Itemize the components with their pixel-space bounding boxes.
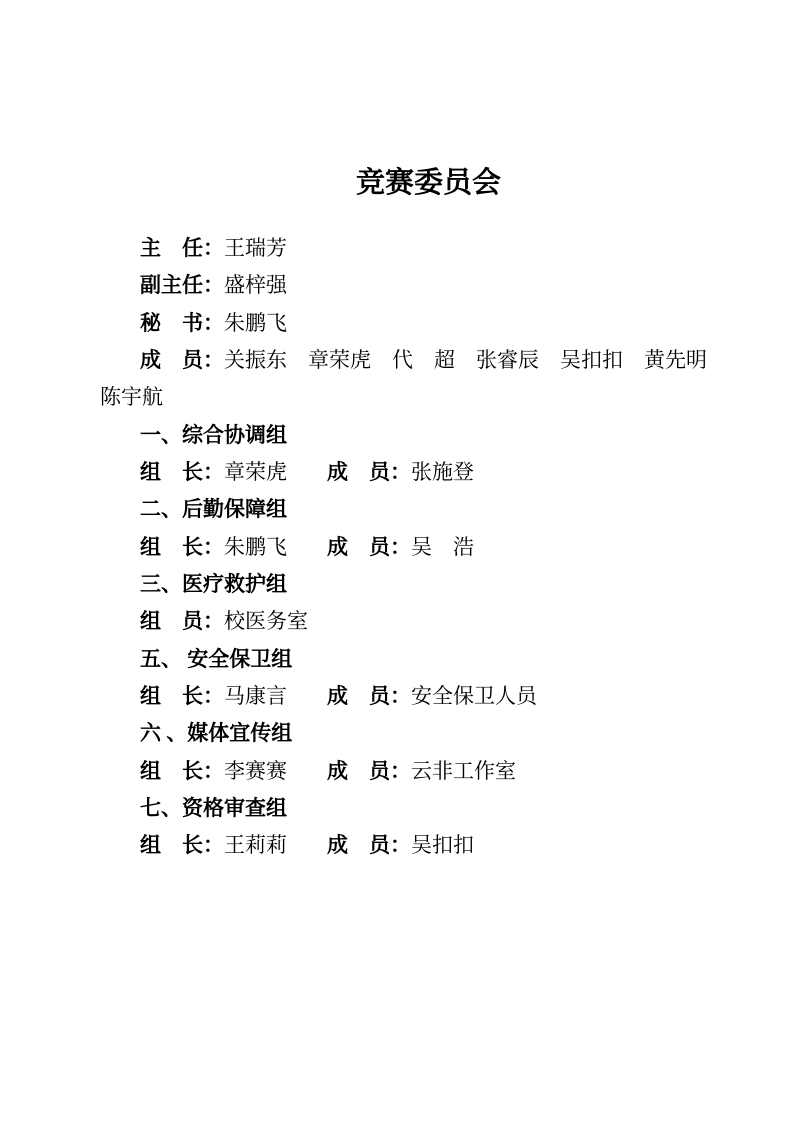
role-value: 陈宇航 — [100, 385, 163, 409]
group-members-col: 成 员：云非工作室 — [327, 753, 516, 790]
group-leader-name: 朱鹏飞 — [224, 535, 287, 559]
document-body: 主 任：王瑞芳 副主任：盛梓强 秘 书：朱鹏飞 成 员：关振东 章荣虎 代 超 … — [100, 230, 700, 865]
group-leader-label: 组 长： — [140, 684, 224, 708]
group-row: 组 员：校医务室 — [100, 603, 700, 640]
role-value: 朱鹏飞 — [224, 311, 287, 335]
role-label: 秘 书： — [140, 311, 224, 335]
group-heading: 一、综合协调组 — [100, 417, 700, 454]
members-wrap-line: 陈宇航 — [100, 379, 700, 416]
role-value: 盛梓强 — [224, 273, 287, 297]
role-line-deputy-director: 副主任：盛梓强 — [100, 267, 700, 304]
group-heading: 二、后勤保障组 — [100, 491, 700, 528]
group-leader-name: 马康言 — [224, 684, 287, 708]
group-members-names: 安全保卫人员 — [411, 684, 537, 708]
group-leader-name: 章荣虎 — [224, 460, 287, 484]
group-heading: 三、医疗救护组 — [100, 566, 700, 603]
group-leader-name: 李赛赛 — [224, 759, 287, 783]
document-page: 竞赛委员会 主 任：王瑞芳 副主任：盛梓强 秘 书：朱鹏飞 成 员：关振东 章荣… — [0, 0, 793, 1122]
group-member-label: 组 员： — [140, 609, 224, 633]
group-row: 组 长：章荣虎成 员：张施登 — [100, 454, 700, 491]
group-member-label: 成 员： — [327, 535, 411, 559]
document-title: 竞赛委员会 — [356, 166, 501, 200]
group-members-names: 校医务室 — [224, 609, 308, 633]
group-member-label: 成 员： — [327, 684, 411, 708]
group-leader-name: 王莉莉 — [224, 833, 287, 857]
group-members-names: 云非工作室 — [411, 759, 516, 783]
group-row: 组 长：李赛赛成 员：云非工作室 — [100, 753, 700, 790]
role-line-director: 主 任：王瑞芳 — [100, 230, 700, 267]
role-label: 主 任： — [140, 236, 224, 260]
group-members-col: 成 员：安全保卫人员 — [327, 678, 537, 715]
role-value: 关振东 章荣虎 代 超 张睿辰 吴扣扣 黄先明 — [224, 348, 707, 372]
group-leader-label: 组 长： — [140, 833, 224, 857]
role-label: 成 员： — [140, 348, 224, 372]
group-row: 组 长：马康言成 员：安全保卫人员 — [100, 678, 700, 715]
group-members-names: 吴扣扣 — [411, 833, 474, 857]
group-leader-label: 组 长： — [140, 759, 224, 783]
group-leader-label: 组 长： — [140, 535, 224, 559]
group-row: 组 长：王莉莉成 员：吴扣扣 — [100, 827, 700, 864]
group-members-col: 成 员：张施登 — [327, 454, 474, 491]
group-member-label: 成 员： — [327, 759, 411, 783]
group-members-col: 成 员：吴扣扣 — [327, 827, 474, 864]
group-members-names: 吴 浩 — [411, 535, 474, 559]
group-members-col: 成 员：吴 浩 — [327, 529, 474, 566]
role-label: 副主任： — [140, 273, 224, 297]
role-value: 王瑞芳 — [224, 236, 287, 260]
group-row: 组 长：朱鹏飞成 员：吴 浩 — [100, 529, 700, 566]
group-member-label: 成 员： — [327, 833, 411, 857]
group-heading: 五、 安全保卫组 — [100, 641, 700, 678]
role-line-members: 成 员：关振东 章荣虎 代 超 张睿辰 吴扣扣 黄先明 — [100, 342, 700, 379]
group-leader-label: 组 长： — [140, 460, 224, 484]
role-line-secretary: 秘 书：朱鹏飞 — [100, 305, 700, 342]
group-heading: 六 、媒体宜传组 — [100, 715, 700, 752]
group-members-names: 张施登 — [411, 460, 474, 484]
group-heading: 七、资格审查组 — [100, 790, 700, 827]
group-member-label: 成 员： — [327, 460, 411, 484]
